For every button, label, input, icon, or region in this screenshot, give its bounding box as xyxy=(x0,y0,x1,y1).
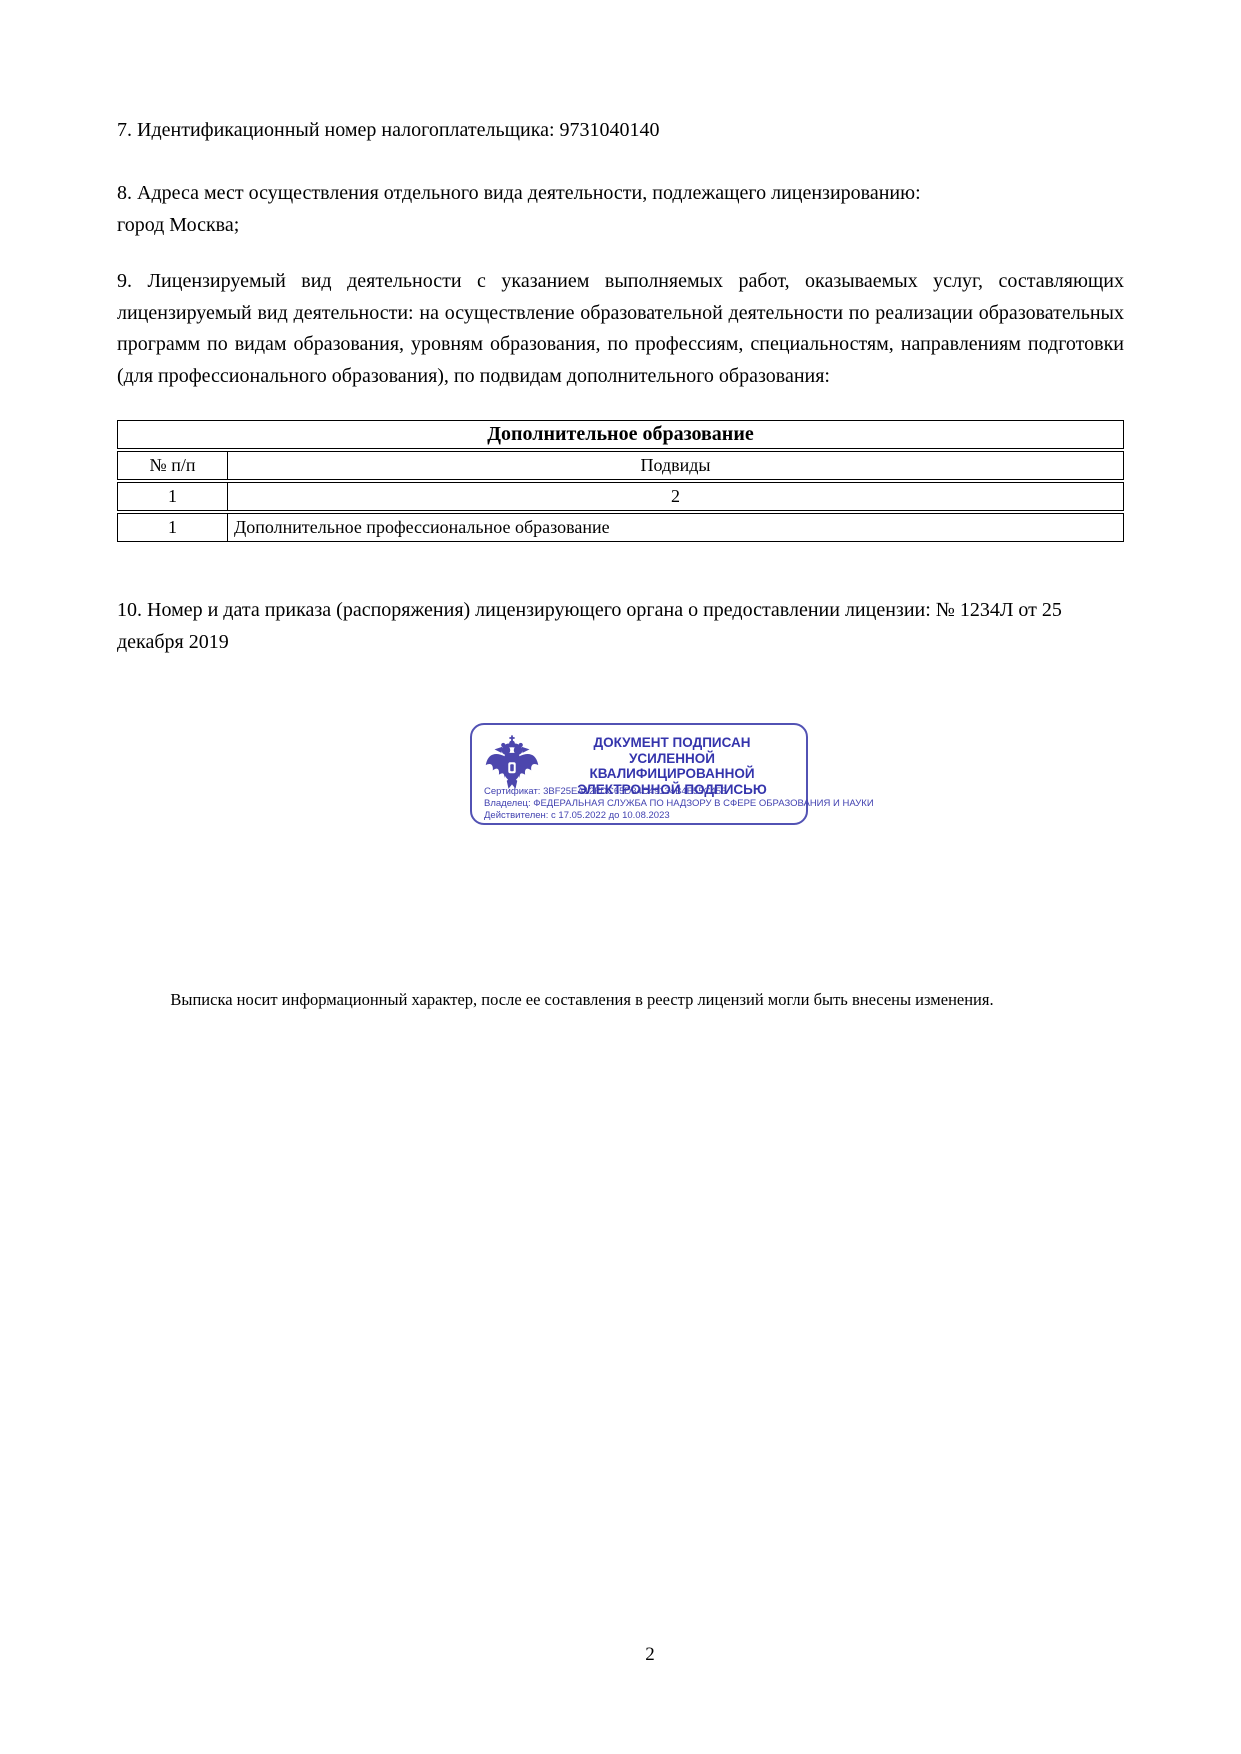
electronic-signature-stamp: ДОКУМЕНТ ПОДПИСАН УСИЛЕННОЙ КВАЛИФИЦИРОВ… xyxy=(470,723,808,825)
table-cell-index: 1 xyxy=(118,514,228,541)
table-cell-value: 2 xyxy=(228,483,1123,510)
table-row: 1 Дополнительное профессиональное образо… xyxy=(117,513,1124,542)
stamp-owner-line: Владелец: ФЕДЕРАЛЬНАЯ СЛУЖБА ПО НАДЗОРУ … xyxy=(484,798,874,810)
table-col2-header: Подвиды xyxy=(228,452,1123,479)
document-page: 7. Идентификационный номер налогоплатель… xyxy=(0,0,1241,1754)
stamp-certificate-line: Сертификат: 3BF25EA12FDC65D34C49134B4E55… xyxy=(484,786,874,798)
item-10-order-number: 10. Номер и дата приказа (распоряжения) … xyxy=(117,594,1124,658)
table-row: 1 2 xyxy=(117,482,1124,511)
table-title-row: Дополнительное образование xyxy=(117,420,1124,449)
stamp-validity-line: Действителен: с 17.05.2022 до 10.08.2023 xyxy=(484,810,874,822)
item-8-city-line: город Москва; xyxy=(117,209,1124,241)
informational-note: Выписка носит информационный характер, п… xyxy=(117,990,1047,1010)
stamp-details: Сертификат: 3BF25EA12FDC65D34C49134B4E55… xyxy=(484,786,874,822)
table-cell-index: 1 xyxy=(118,483,228,510)
table-title: Дополнительное образование xyxy=(118,421,1123,448)
table-cell-value: Дополнительное профессиональное образова… xyxy=(228,514,1123,541)
stamp-title-line-1: ДОКУМЕНТ ПОДПИСАН xyxy=(548,735,796,751)
additional-education-table: Дополнительное образование № п/п Подвиды… xyxy=(117,420,1124,544)
page-number: 2 xyxy=(117,1644,1183,1666)
stamp-title-line-2: УСИЛЕННОЙ КВАЛИФИЦИРОВАННОЙ xyxy=(548,751,796,782)
item-8-intro-line: 8. Адреса мест осуществления отдельного … xyxy=(117,177,1124,209)
item-8-addresses: 8. Адреса мест осуществления отдельного … xyxy=(117,177,1124,241)
table-col1-header: № п/п xyxy=(118,452,228,479)
item-7-taxpayer-number: 7. Идентификационный номер налогоплатель… xyxy=(117,114,1124,146)
item-9-licensed-activity: 9. Лицензируемый вид деятельности с указ… xyxy=(117,266,1124,392)
table-header-row: № п/п Подвиды xyxy=(117,451,1124,480)
